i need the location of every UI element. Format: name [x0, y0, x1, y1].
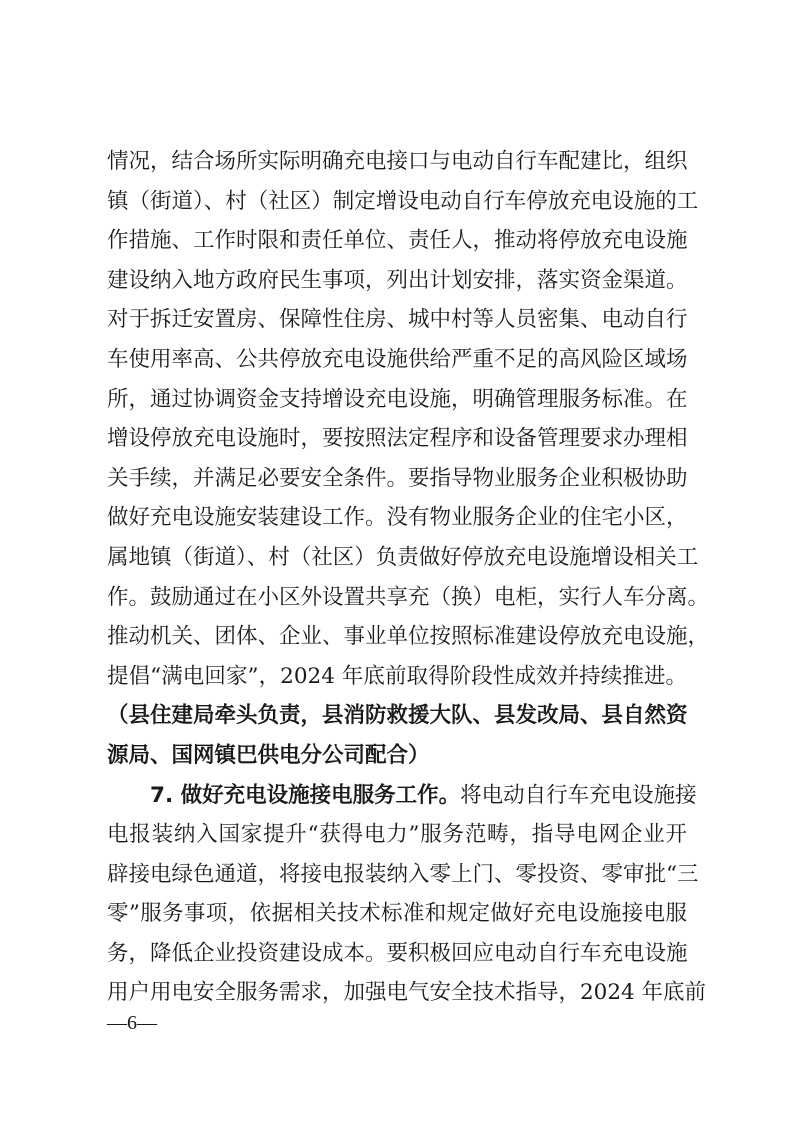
section-7-text: 将电动自行车充电设施接: [460, 783, 697, 808]
text-line: 镇（街道）、村（社区）制定增设电动自行车停放充电设施的工: [107, 182, 687, 222]
text-line: 建设纳入地方政府民生事项，列出计划安排，落实资金渠道。: [107, 261, 687, 301]
text-line: 作。鼓励通过在小区外设置共享充（换）电柜，实行人车分离。: [107, 578, 687, 618]
section-7-first-line: 7. 做好充电设施接电服务工作。将电动自行车充电设施接: [107, 776, 687, 816]
text-line: 零”服务事项，依据相关技术标准和规定做好充电设施接电服: [107, 894, 687, 934]
section-7-heading: 7. 做好充电设施接电服务工作。: [150, 783, 460, 808]
text-line: 提倡“满电回家”，2024 年底前取得阶段性成效并持续推进。: [107, 657, 687, 697]
page-number: —6—: [107, 1012, 157, 1035]
text-line: 情况，结合场所实际明确充电接口与电动自行车配建比，组织: [107, 142, 687, 182]
text-line: 推动机关、团体、企业、事业单位按照标准建设停放充电设施，: [107, 617, 687, 657]
text-line: 用户用电安全服务需求，加强电气安全技术指导，2024 年底前: [107, 973, 687, 1013]
text-line: 电报装纳入国家提升“获得电力”服务范畴，指导电网企业开: [107, 815, 687, 855]
text-line: 增设停放充电设施时，要按照法定程序和设备管理要求办理相: [107, 419, 687, 459]
text-line: 作措施、工作时限和责任单位、责任人，推动将停放充电设施: [107, 221, 687, 261]
responsibility-note-line: 源局、国网镇巴供电分公司配合）: [107, 736, 687, 776]
text-line: 车使用率高、公共停放充电设施供给严重不足的高风险区域场: [107, 340, 687, 380]
text-line: 属地镇（街道）、村（社区）负责做好停放充电设施增设相关工: [107, 538, 687, 578]
responsibility-note-line: （县住建局牵头负责，县消防救援大队、县发改局、县自然资: [107, 696, 687, 736]
document-page: 情况，结合场所实际明确充电接口与电动自行车配建比，组织 镇（街道）、村（社区）制…: [0, 0, 793, 1122]
text-line: 所，通过协调资金支持增设充电设施，明确管理服务标准。在: [107, 380, 687, 420]
text-line: 对于拆迁安置房、保障性住房、城中村等人员密集、电动自行: [107, 300, 687, 340]
text-line: 辟接电绿色通道，将接电报装纳入零上门、零投资、零审批“三: [107, 855, 687, 895]
body-text: 情况，结合场所实际明确充电接口与电动自行车配建比，组织 镇（街道）、村（社区）制…: [107, 142, 687, 1013]
text-line: 做好充电设施安装建设工作。没有物业服务企业的住宅小区，: [107, 498, 687, 538]
text-line: 务，降低企业投资建设成本。要积极回应电动自行车充电设施: [107, 934, 687, 974]
text-line: 关手续，并满足必要安全条件。要指导物业服务企业积极协助: [107, 459, 687, 499]
